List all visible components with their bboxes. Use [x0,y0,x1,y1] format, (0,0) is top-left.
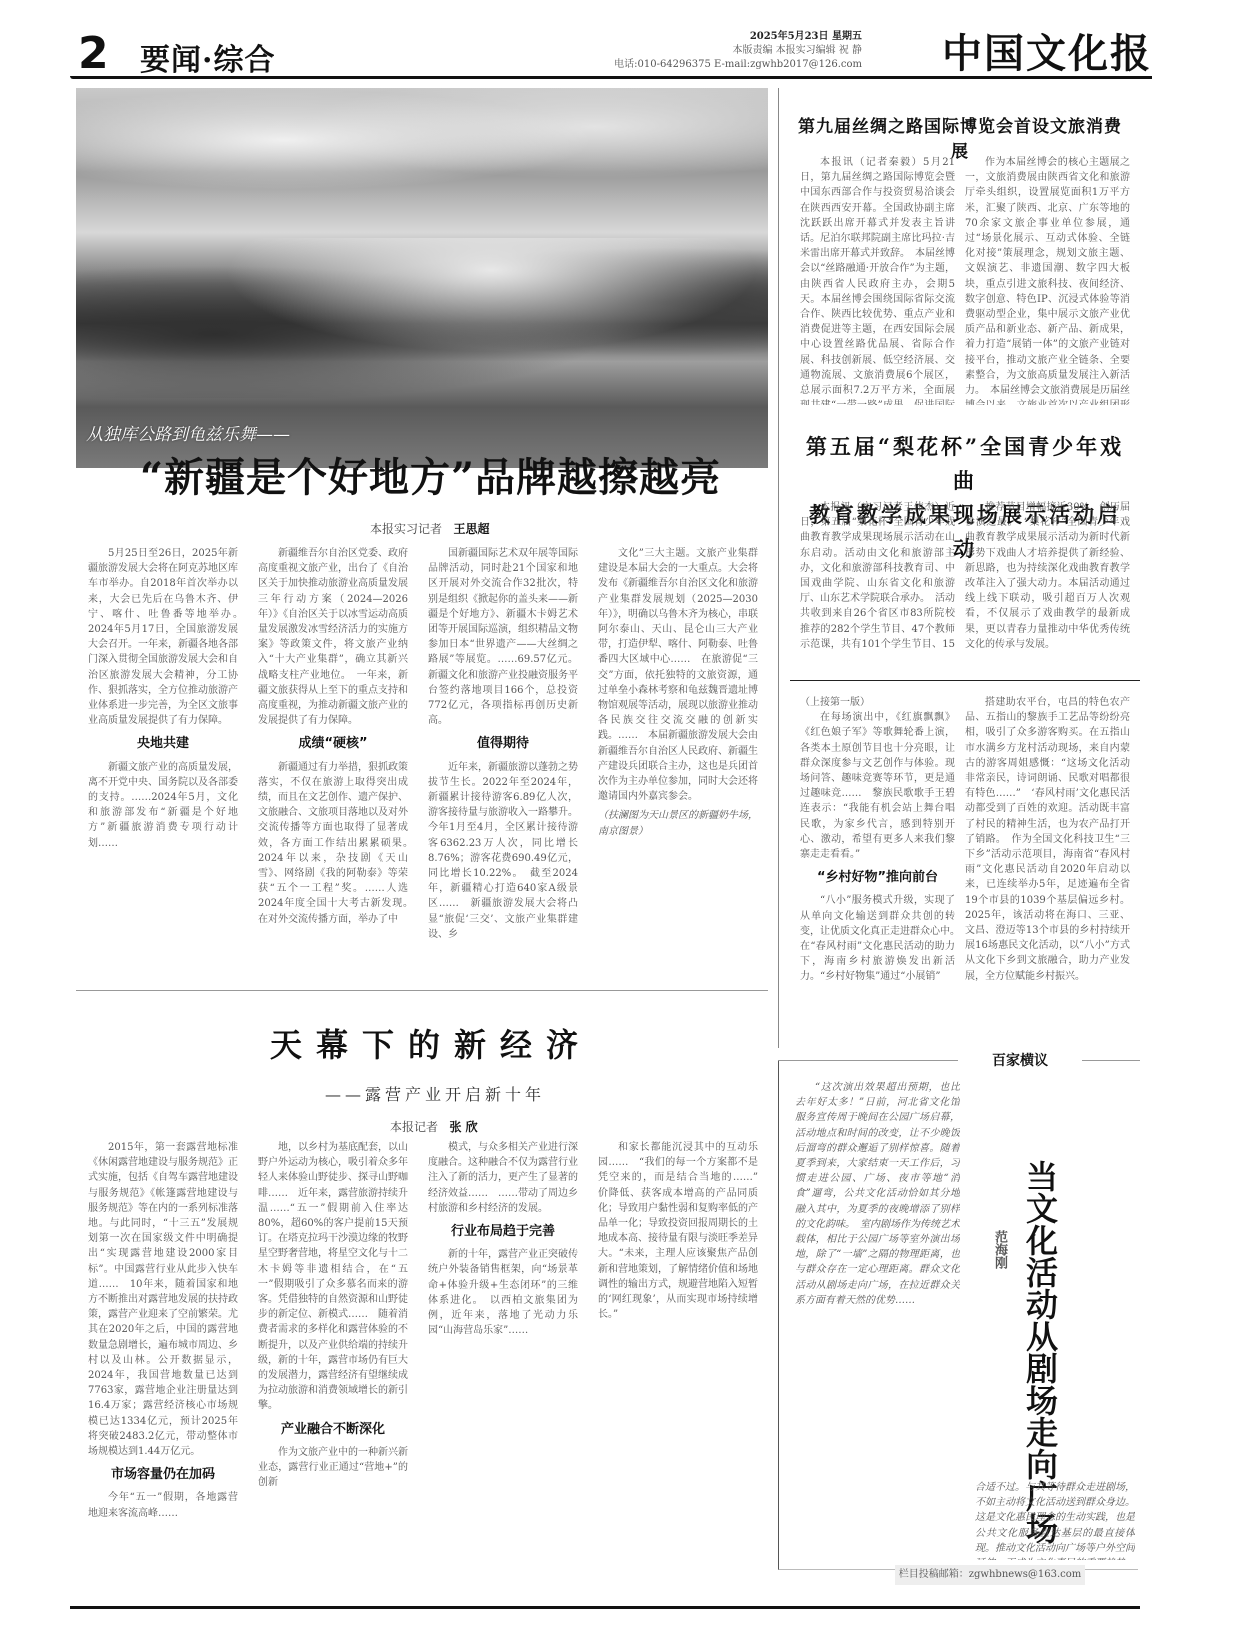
camping-col1b-text: 今年“五一”假期，各地露营地迎来客流高峰…… [88,1490,238,1520]
continued-col1b-text: “八小”服务模式升级，实现了从单向文化输送到群众共创的转变，让优质文化真正走进群… [800,893,955,984]
camping-headline: 天幕下的新经济 [270,1020,592,1066]
byline-name: 张 欣 [449,1120,477,1134]
lead-column-3: 国新疆国际艺术双年展等国际品牌活动，同时赴21个国家和地区开展对外交流合作32批… [428,546,578,976]
opinion-body-right: 合适不过。与其等待群众走进剧场，不如主动将文化活动送到群众身边。这是文化惠民理念… [975,1480,1135,1560]
lead-col4-text: 文化”三大主题。文旅产业集群建设是本届大会的一大重点。大会将发布《新疆维吾尔自治… [598,546,758,804]
silk-road-col1-text: 本报讯（记者秦毅）5月21日，第九届丝绸之路国际博览会暨中国东西部合作与投资贸易… [800,155,955,405]
camping-subheadline: ——露营产业开启新十年 [325,1082,545,1105]
camping-column-1: 2015年，第一套露营地标准《休闲露营地建设与服务规范》正式实施，包括《自驾车露… [88,1140,238,1600]
issue-date: 2025年5月23日 星期五 [614,30,862,44]
lead-col2b-text: 新疆通过有力举措，狠抓政策落实，不仅在旅游上取得突出成绩，而且在文艺创作、遗产保… [258,760,408,927]
camping-column-3: 模式，与众多相关产业进行深度融合。这种融合不仅为露营行业注入了新的活力，更产生了… [428,1140,578,1600]
continued-column-1: （上接第一版） 在每场演出中，《红旗飘飘》《红色娘子军》等歌舞轮番上演，各类本土… [800,695,955,1050]
submission-email: 栏目投稿邮箱：zgwhbnews@163.com [895,1565,1085,1585]
xinjiang-landscape-photo [76,88,768,468]
subhead-rural-goods: “乡村好物”推向前台 [800,870,955,885]
page-number: 2 [78,28,109,79]
section-name: 要闻·综合 [140,35,275,79]
lihua-col1-text: 本报讯（实习记者王伟杰）近日，第五届“梨花杯”全国青少年戏曲教育教学成果现场展示… [800,500,955,650]
continued-column-2: 搭建助农平台，屯昌的特色农产品、五指山的黎族手工艺品等纷纷亮相，吸引了众多游客购… [965,695,1130,1050]
section-divider [76,990,768,991]
lead-column-2: 新疆维吾尔自治区党委、政府高度重视文旅产业，出台了《自治区关于加快推动旅游业高质… [258,546,408,976]
camping-column-4: 和家长都能沉浸其中的互动乐园…… “我们的每一个方案都不是凭空来的，而是结合当地… [598,1140,758,1600]
lihua-column-1: 本报讯（实习记者王伟杰）近日，第五届“梨花杯”全国青少年戏曲教育教学成果现场展示… [800,500,955,650]
camping-col2-text: 地，以乡村为基底配套，以山野户外运动为核心，吸引着众多年轻人来体验山野徒步、探寻… [258,1140,408,1414]
bottom-rule [70,1606,1140,1609]
camping-col3b-text: 新的十年，露营产业正突破传统户外装备销售框架，向“场景革命+体验升级+生态闭环”… [428,1247,578,1338]
lead-kicker: 从独库公路到龟兹乐舞—— [86,420,290,445]
right-section-divider [790,680,1140,681]
subhead-industry-integration: 产业融合不断深化 [258,1422,408,1437]
opinion-rule-right [1082,1060,1140,1061]
masthead: 2 要闻·综合 2025年5月23日 星期五 本版责编 本报实习编辑 祝 静 电… [70,0,1152,82]
camping-col2b-text: 作为文旅产业中的一种新兴新业态，露营行业正通过“营地+”的创新 [258,1445,408,1491]
opinion-body: “这次演出效果超出预期，也比去年好太多！”日前，河北省文化馆服务宣传周于晚间在公… [795,1080,960,1555]
lihua-headline-line1: 第五届“梨花杯”全国青少年戏曲 [800,430,1130,498]
opinion-rule-left [778,1060,958,1061]
byline-name: 王思超 [453,522,489,536]
lead-col1-text: 5月25日至26日，2025年新疆旅游发展大会将在阿克苏地区库车市举办。自201… [88,546,238,728]
lead-headline: “新疆是个好地方”品牌越擦越亮 [140,446,721,503]
lead-column-1: 5月25日至26日，2025年新疆旅游发展大会将在阿克苏地区库车市举办。自201… [88,546,238,976]
subhead-market-capacity: 市场容量仍在加码 [88,1467,238,1482]
contact-info: 电话:010-64296375 E-mail:zgwhb2017@126.com [614,58,862,72]
camping-col4-text: 和家长都能沉浸其中的互动乐园…… “我们的每一个方案都不是凭空来的，而是结合当地… [598,1140,758,1322]
continued-col1-text: 在每场演出中，《红旗飘飘》《红色娘子军》等歌舞轮番上演，各类本土原创节目也十分亮… [800,710,955,862]
opinion-body-text: “这次演出效果超出预期，也比去年好太多！”日前，河北省文化馆服务宣传周于晚间在公… [795,1080,960,1308]
camping-col3-text: 模式，与众多相关产业进行深度融合。这种融合不仅为露营行业注入了新的活力，更产生了… [428,1140,578,1216]
masthead-meta: 2025年5月23日 星期五 本版责编 本报实习编辑 祝 静 电话:010-64… [614,30,862,72]
lead-col3b-text: 近年来，新疆旅游以蓬勃之势拔节生长。2022年至2024年，新疆累计接待游客6.… [428,760,578,942]
lead-col1b-text: 新疆文旅产业的高质量发展，离不开党中央、国务院以及各部委的支持。……2024年5… [88,760,238,851]
camping-byline: 本报记者 张 欣 [390,1118,478,1135]
camping-col1-text: 2015年，第一套露营地标准《休闲露营地建设与服务规范》正式实施，包括《自驾车露… [88,1140,238,1459]
subhead-industry-layout: 行业布局趋于完善 [428,1224,578,1239]
camping-column-2: 地，以乡村为基底配套，以山野户外运动为核心，吸引着众多年轻人来体验山野徒步、探寻… [258,1140,408,1600]
lihua-col2-text: 推荐节目增幅接近30%，创历届参演之最。 “梨花杯”全国青少年戏曲教育教学成果展… [965,500,1130,650]
continued-from-label: （上接第一版） [800,695,955,710]
continued-col2-text: 搭建助农平台，屯昌的特色农产品、五指山的黎族手工艺品等纷纷亮相，吸引了众多游客购… [965,695,1130,984]
masthead-rule [70,76,1152,79]
opinion-author: 范海刚 [990,1230,1009,1269]
byline-role: 本报实习记者 [370,522,442,536]
subhead-central-local: 央地共建 [88,736,238,751]
byline-role: 本报记者 [390,1120,438,1134]
lihua-column-2: 推荐节目增幅接近30%，创历届参演之最。 “梨花杯”全国青少年戏曲教育教学成果展… [965,500,1130,650]
silk-road-column-2: 作为本届丝博会的核心主题展之一，文旅消费展由陕西省文化和旅游厅牵头组织，设置展览… [965,155,1130,405]
subhead-expectations: 值得期待 [428,736,578,751]
subhead-achievements: 成绩“硬核” [258,736,408,751]
silk-road-col2-text: 作为本届丝博会的核心主题展之一，文旅消费展由陕西省文化和旅游厅牵头组织，设置展览… [965,155,1130,405]
lead-byline: 本报实习记者 王思超 [370,520,489,537]
opinion-section-label: 百家横议 [960,1050,1080,1070]
silk-road-column-1: 本报讯（记者秦毅）5月21日，第九届丝绸之路国际博览会暨中国东西部合作与投资贸易… [800,155,955,405]
right-column-rule [778,88,779,1048]
page-editor: 本版责编 本报实习编辑 祝 静 [614,44,862,58]
newspaper-logo: 中国文化报 [942,22,1152,79]
lead-col2-text: 新疆维吾尔自治区党委、政府高度重视文旅产业，出台了《自治区关于加快推动旅游业高质… [258,546,408,728]
lead-col3-text: 国新疆国际艺术双年展等国际品牌活动，同时赴21个国家和地区开展对外交流合作32批… [428,546,578,728]
photo-caption: （扶澜图为天山景区的新疆奶牛场，南京图景） [598,808,758,838]
lead-column-4: 文化”三大主题。文旅产业集群建设是本届大会的一大重点。大会将发布《新疆维吾尔自治… [598,546,758,976]
opinion-body-right-text: 合适不过。与其等待群众走进剧场，不如主动将文化活动送到群众身边。这是文化惠民理念… [975,1480,1135,1560]
